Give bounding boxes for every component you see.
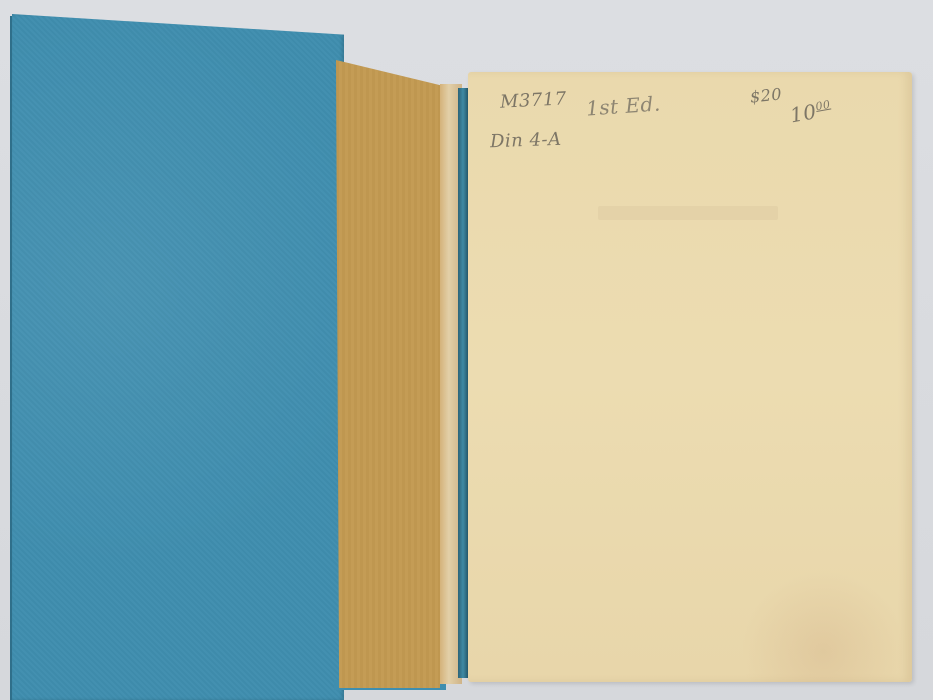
pencil-original-price: $20 [749, 84, 783, 106]
pencil-location-code: Din 4-A [490, 129, 562, 152]
pencil-stock-number: M3717 [499, 88, 567, 112]
book-spine-gutter [458, 88, 468, 678]
pencil-edition-note: 1st Ed. [585, 91, 661, 120]
show-through-title-text [598, 206, 778, 220]
price-cents: 00 [815, 98, 832, 113]
blue-front-cover [12, 14, 344, 700]
photo-background: M3717 1st Ed. $20 1000 Din 4-A [0, 0, 933, 700]
tan-endpaper [336, 60, 440, 688]
first-free-page: M3717 1st Ed. $20 1000 Din 4-A [468, 72, 912, 682]
pencil-current-price: 1000 [788, 97, 833, 128]
